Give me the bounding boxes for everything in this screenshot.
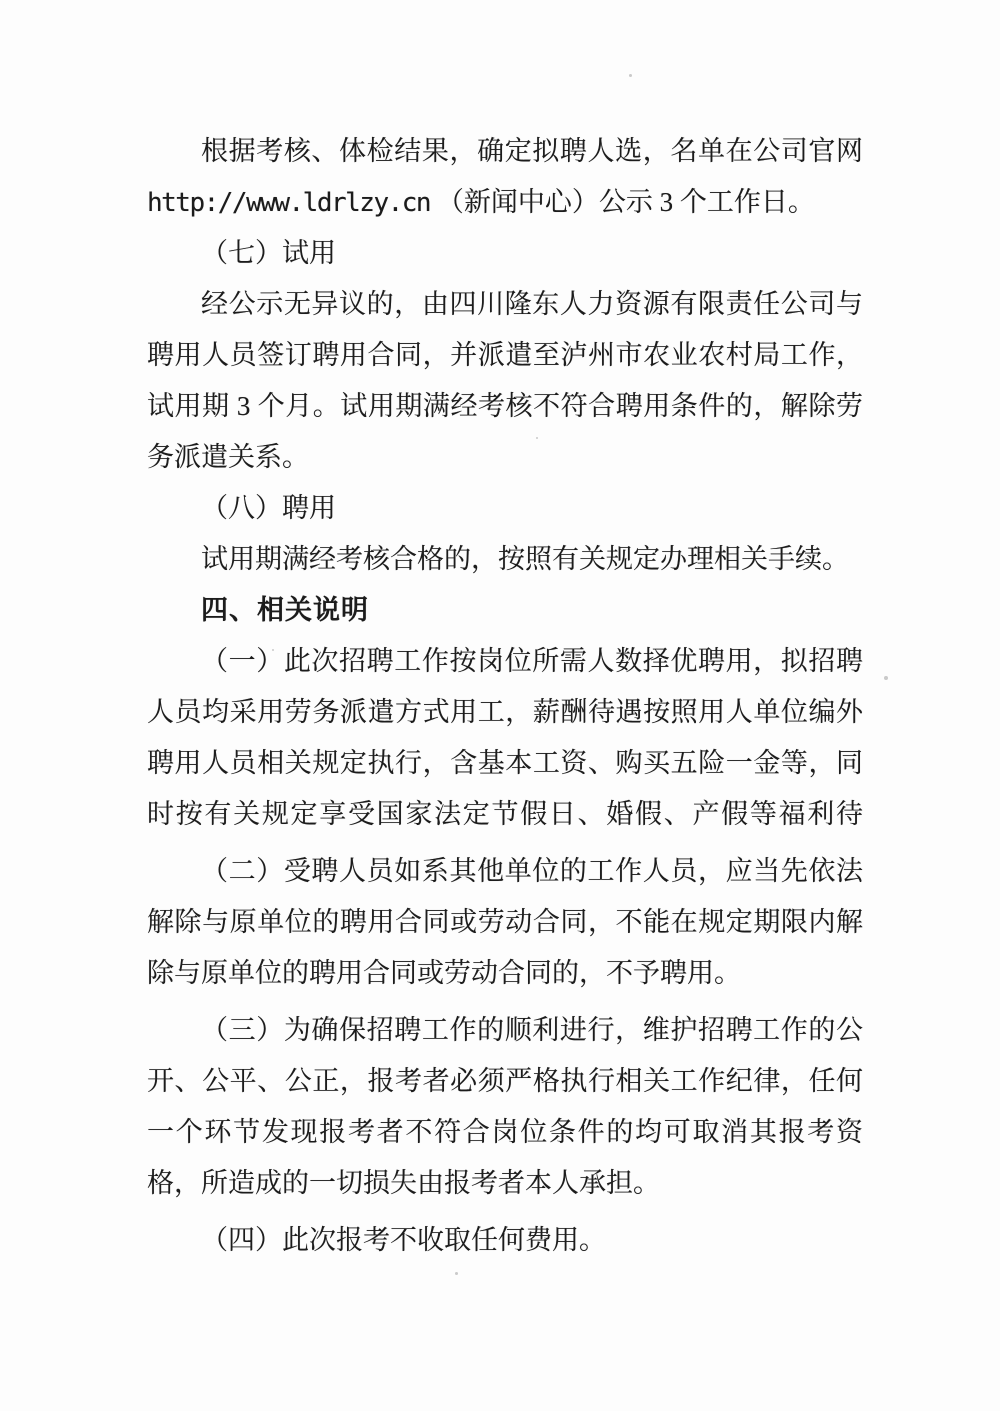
text-line: （八）聘用 — [147, 483, 863, 534]
scan-speck — [536, 437, 538, 439]
text-line: （四）此次报考不收取任何费用。 — [147, 1215, 863, 1266]
scanned-document-page: 根据考核、体检结果，确定拟聘人选，名单在公司官网http://www.ldrlz… — [0, 0, 1000, 1411]
text-line: （二）受聘人员如系其他单位的工作人员，应当先依法 — [147, 846, 863, 897]
text-run: （新闻中心）公示 3 个工作日。 — [430, 187, 815, 217]
text-line: 格，所造成的一切损失由报考者本人承担。 — [147, 1158, 863, 1209]
text-line: 试用期满经考核合格的，按照有关规定办理相关手续。 — [147, 534, 863, 585]
text-line: http://www.ldrlzy.cn （新闻中心）公示 3 个工作日。 — [147, 177, 863, 228]
scan-speck — [629, 74, 632, 77]
text-line: 除与原单位的聘用合同或劳动合同的，不予聘用。 — [147, 948, 863, 999]
text-line: 务派遣关系。 — [147, 432, 863, 483]
text-line: 开、公平、公正，报考者必须严格执行相关工作纪律，任何 — [147, 1056, 863, 1107]
document-body: 根据考核、体检结果，确定拟聘人选，名单在公司官网http://www.ldrlz… — [147, 126, 863, 1266]
scan-speck — [455, 1272, 458, 1275]
text-line: 时按有关规定享受国家法定节假日、婚假、产假等福利待遇。 — [147, 789, 863, 840]
text-line: （三）为确保招聘工作的顺利进行，维护招聘工作的公 — [147, 1005, 863, 1056]
scan-speck — [272, 649, 274, 651]
url-text: http://www.ldrlzy.cn — [147, 188, 430, 218]
text-line: （一）此次招聘工作按岗位所需人数择优聘用，拟招聘 — [147, 636, 863, 687]
text-line: 解除与原单位的聘用合同或劳动合同，不能在规定期限内解 — [147, 897, 863, 948]
scan-speck — [884, 676, 888, 680]
text-line: 根据考核、体检结果，确定拟聘人选，名单在公司官网 — [147, 126, 863, 177]
text-line: 聘用人员相关规定执行，含基本工资、购买五险一金等，同 — [147, 738, 863, 789]
text-line: （七）试用 — [147, 228, 863, 279]
text-line: 试用期 3 个月。试用期满经考核不符合聘用条件的，解除劳 — [147, 381, 863, 432]
text-line: 一个环节发现报考者不符合岗位条件的均可取消其报考资 — [147, 1107, 863, 1158]
text-line: 聘用人员签订聘用合同，并派遣至泸州市农业农村局工作， — [147, 330, 863, 381]
text-line: 经公示无异议的，由四川隆东人力资源有限责任公司与 — [147, 279, 863, 330]
text-line: 人员均采用劳务派遣方式用工，薪酬待遇按照用人单位编外 — [147, 687, 863, 738]
section-heading-line: 四、相关说明 — [147, 585, 863, 636]
